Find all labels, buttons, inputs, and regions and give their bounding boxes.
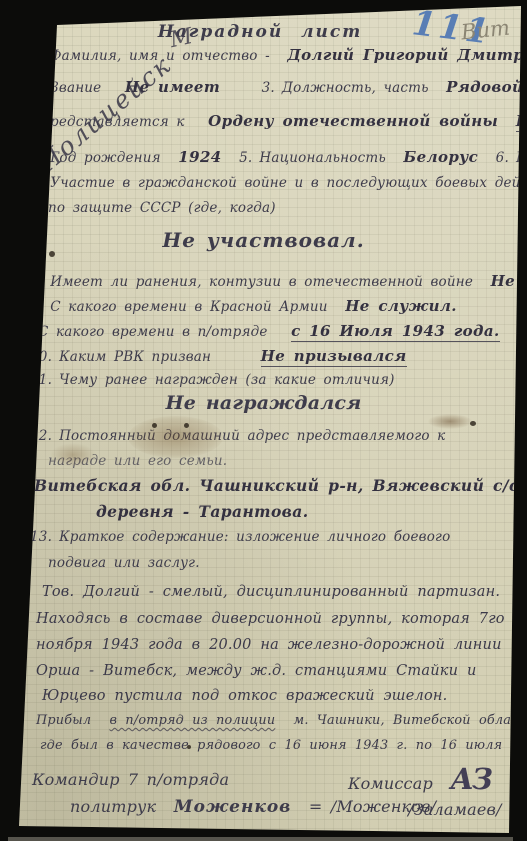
field-red-army-service: 9.С какого времени в Красной Армии Не сл… — [30, 297, 457, 315]
narrative-line: Находясь в составе диверсионной группы, … — [36, 611, 505, 627]
address-village: деревня - Тарантова. — [96, 502, 309, 521]
commissar-name: /Заламаев/ — [408, 800, 502, 819]
answer-did-not-participate: Не участвовал. — [0, 228, 527, 252]
field-label: Год рождения — [50, 150, 161, 166]
field-home-address-line2: награде или его семьи. — [48, 453, 227, 469]
address-region: Витебская обл. Чашникский р-н, Вяжевский… — [34, 476, 527, 495]
narrative-line-arrival: Прибыл в п/отряд из полиции м. Чашники, … — [36, 713, 527, 728]
field-value-nationality: Белорус — [403, 148, 478, 166]
field-number: 11. — [30, 372, 52, 388]
field-value-birth-year: 1924 — [178, 148, 221, 166]
commissar-title: Комиссар — [348, 774, 433, 793]
answer-not-awarded: Не награждался — [0, 392, 527, 414]
field-label: Представляется к — [38, 114, 185, 130]
field-value-name: Долгий Григорий Дмитриевич — [287, 46, 527, 64]
narrative-line: Юрцево пустила под откос вражеский эшело… — [42, 688, 447, 704]
field-home-address-line1: 12.Постоянный домашний адрес представляе… — [30, 428, 445, 444]
field-label: Фамилия, имя и отчество - — [50, 48, 270, 64]
commander-signature: Моженков — [174, 797, 292, 817]
page-number-grey-pencil: Вит — [460, 16, 511, 45]
commander-signature-row: политрук Моженков = /Моженков/ — [70, 797, 436, 817]
scanned-award-sheet: 111 Вит Полицейск М Наградной лист 1.Фам… — [0, 0, 527, 841]
narrative-line: ноября 1943 года в 20.00 на железно-доро… — [36, 637, 502, 653]
commissar-signature: АЗ — [450, 762, 491, 796]
field-number: 8. — [30, 274, 43, 290]
field-civil-war-line1: 7.Участие в гражданской войне и в послед… — [30, 175, 527, 191]
field-value-service: Не служил. — [345, 297, 457, 315]
field-summary-line2: подвига или заслуг. — [48, 555, 200, 571]
field-value-wounds: Не имеет — [491, 272, 527, 290]
field-label: подвига или заслуг. — [48, 555, 200, 571]
ink-dot — [184, 423, 189, 428]
ink-dot — [470, 421, 476, 426]
field-label: Имеет ли ранения, контузии в отечественн… — [50, 274, 473, 290]
field-label: Краткое содержание: изложение личного бо… — [59, 529, 450, 545]
field-number: 12. — [30, 428, 52, 444]
field-previous-awards: 11.Чему ранее награжден (за какие отличи… — [30, 372, 395, 388]
field-label: Чему ранее награжден (за какие отличия) — [59, 372, 395, 388]
field-label: Национальность — [259, 150, 385, 166]
field-value-rank: Не имеет — [125, 78, 220, 96]
field-label: Участие в гражданской войне и в последую… — [50, 175, 527, 191]
field-value-position: Рядовой 7 п/отряда — [446, 78, 527, 96]
field-label: по защите СССР (где, когда) — [48, 200, 276, 216]
narrative-underlined-text: в п/отряд из полиции — [109, 713, 275, 728]
field-label: награде или его семьи. — [48, 453, 227, 469]
field-label: Партийн. — [516, 150, 527, 166]
field-number: 1. — [30, 48, 43, 64]
award-degree: II — [516, 112, 527, 132]
field-number: 9. — [30, 299, 43, 315]
ink-dot — [152, 423, 157, 428]
commander-rank: политрук — [70, 797, 156, 816]
field-wounds: 8.Имеет ли ранения, контузии в отечестве… — [30, 272, 527, 290]
field-number: 3. — [262, 80, 275, 96]
award-name: Ордену отечественной войны — [208, 112, 498, 130]
field-label: Должность, часть — [282, 80, 429, 96]
field-label: С какого времени в п/отряде — [38, 324, 268, 340]
field-presented-award: Представляется к Ордену отечественной во… — [38, 112, 527, 130]
field-label: Звание — [50, 80, 101, 96]
field-summary-line1: 13.Краткое содержание: изложение личного… — [30, 529, 450, 545]
document-title: Наградной лист — [140, 22, 380, 42]
field-rank-position: 2.Звание Не имеет 3.Должность, часть Ряд… — [30, 78, 527, 96]
ink-dot — [49, 251, 55, 257]
field-detachment-since: С какого времени в п/отряде с 16 Июля 19… — [38, 322, 500, 340]
ink-dot — [187, 745, 191, 749]
field-number: 2. — [30, 80, 43, 96]
narrative-line: где был в качестве рядового с 16 июня 19… — [40, 738, 527, 753]
field-drafted-by: 10.Каким РВК призван Не призывался — [30, 347, 407, 365]
scan-edge — [8, 837, 513, 841]
field-civil-war-line2: по защите СССР (где, когда) — [48, 200, 276, 216]
field-label: Постоянный домашний адрес представляемог… — [59, 428, 445, 444]
field-label: С какого времени в Красной Армии — [50, 299, 327, 315]
field-number: 5. — [239, 150, 252, 166]
narrative-line: Тов. Долгий - смелый, дисциплинированный… — [42, 584, 500, 600]
paper-stain — [428, 414, 472, 429]
field-label: Каким РВК призван — [59, 349, 211, 365]
document-paper: 111 Вит Полицейск М Наградной лист 1.Фам… — [0, 0, 527, 841]
field-name: 1.Фамилия, имя и отчество - Долгий Григо… — [30, 46, 527, 64]
commissar-signature-row: Комиссар АЗ — [348, 762, 491, 796]
field-number: 10. — [30, 349, 52, 365]
field-value-detachment-date: с 16 Июля 1943 года. — [291, 322, 500, 342]
field-value-drafted: Не призывался — [261, 347, 407, 367]
commander-title: Командир 7 п/отряда — [32, 770, 229, 789]
field-number: 4. — [30, 150, 43, 166]
field-number: 7. — [30, 175, 43, 191]
narrative-text: Прибыл — [36, 713, 91, 728]
field-number: 6. — [496, 150, 509, 166]
field-number: 13. — [30, 529, 52, 545]
narrative-text: м. Чашники, Витебской области, — [294, 713, 527, 728]
field-birth-nationality-party: 4.Год рождения 1924 5.Национальность Бел… — [30, 148, 527, 166]
narrative-line: Орша - Витебск, между ж.д. станциями Ста… — [36, 663, 477, 679]
